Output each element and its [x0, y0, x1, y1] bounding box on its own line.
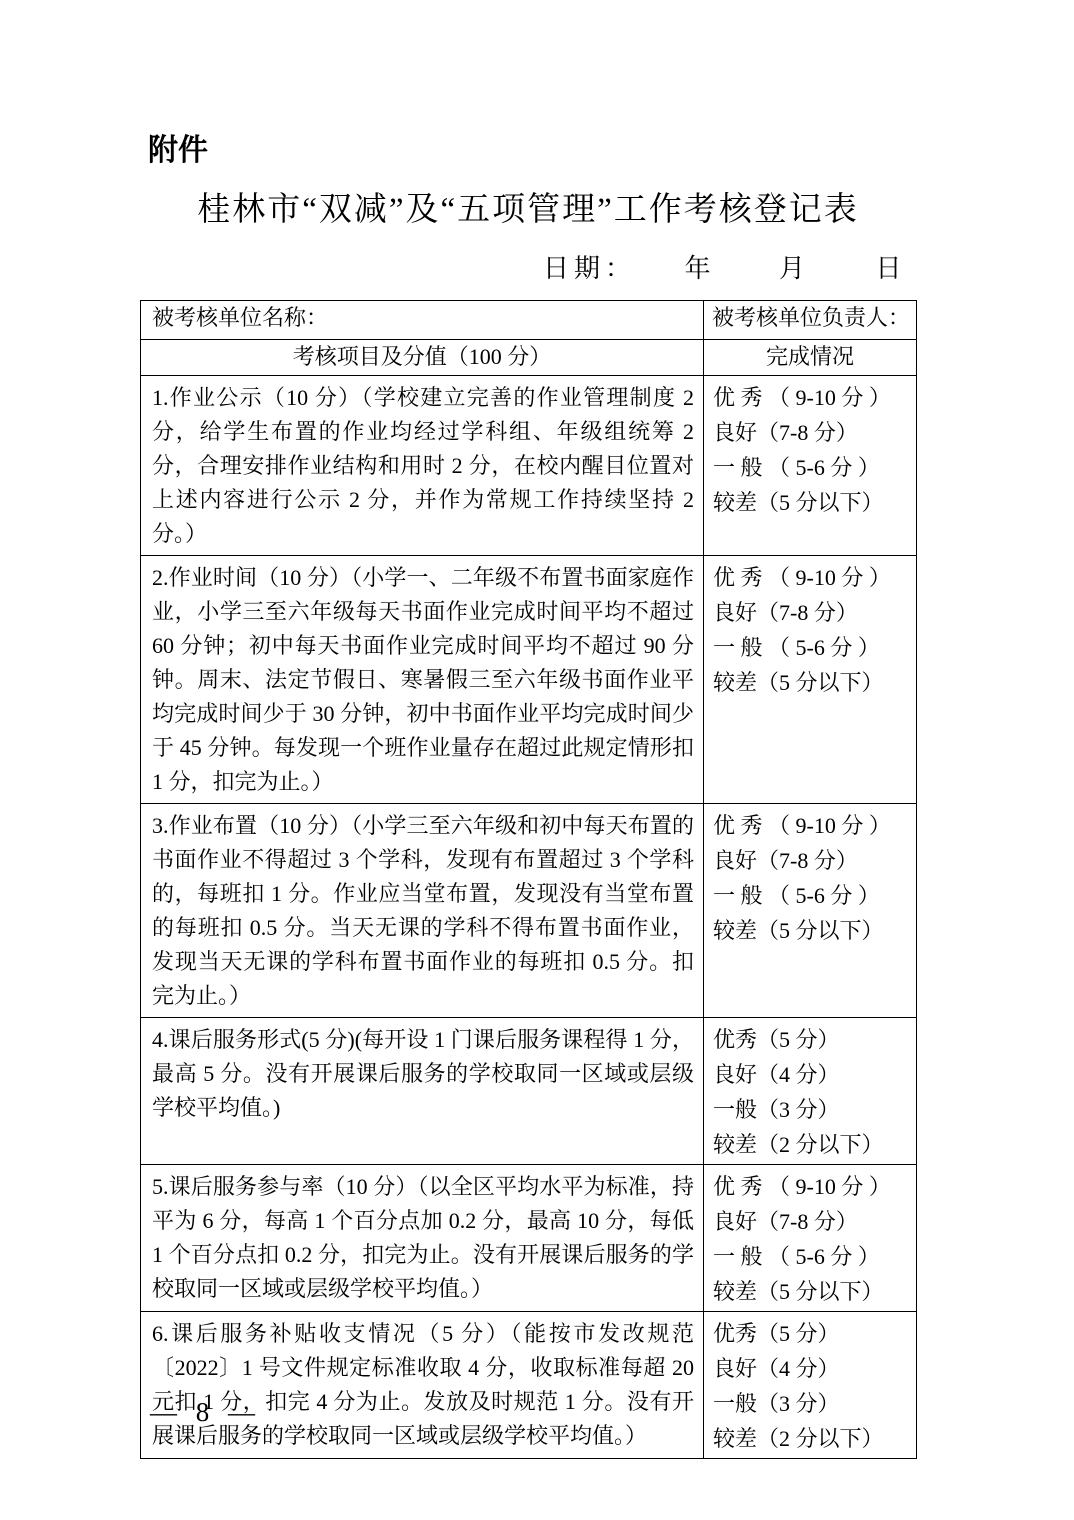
rating-scale: 优 秀 （ 9-10 分 ） 良好（7-8 分） 一 般 （ 5-6 分 ） 较… — [704, 376, 917, 556]
table-row-item-3: 3.作业布置（10 分）（小学三至六年级和初中每天布置的书面作业不得超过 3 个… — [141, 804, 917, 1018]
date-month-label: 月 — [779, 254, 805, 283]
date-day-label: 日 — [876, 254, 902, 283]
rating-option: 一般（3 分） — [713, 1092, 912, 1127]
unit-name-label: 被考核单位名称： — [141, 301, 704, 340]
rating-option: 优秀（5 分） — [713, 1316, 912, 1351]
rating-option: 优 秀 （ 9-10 分 ） — [713, 808, 912, 843]
rating-option: 较差（2 分以下） — [713, 1421, 912, 1456]
item-1-text: 1.作业公示（10 分）（学校建立完善的作业管理制度 2 分，给学生布置的作业均… — [152, 381, 694, 551]
rating-option: 良好（4 分） — [713, 1351, 912, 1386]
rating-option: 优 秀 （ 9-10 分 ） — [713, 560, 912, 595]
item-6-text: 6.课后服务补贴收支情况（5 分）（能按市发改规范〔2022〕1 号文件规定标准… — [152, 1317, 694, 1453]
item-5-text: 5.课后服务参与率（10 分）（以全区平均水平为标准，持平为 6 分，每高 1 … — [152, 1170, 694, 1306]
rating-option: 较差（2 分以下） — [713, 1127, 912, 1162]
rating-option: 一 般 （ 5-6 分 ） — [713, 878, 912, 913]
items-column-header: 考核项目及分值（100 分） — [141, 340, 704, 376]
page-number: — 8 — — [150, 1394, 261, 1430]
assessment-item-text: 4.课后服务形式(5 分)(每开设 1 门课后服务课程得 1 分，最高 5 分。… — [141, 1018, 704, 1165]
rating-option: 良好（4 分） — [713, 1057, 912, 1092]
item-3-text: 3.作业布置（10 分）（小学三至六年级和初中每天布置的书面作业不得超过 3 个… — [152, 809, 694, 1013]
rating-option: 良好（7-8 分） — [713, 595, 912, 630]
rating-scale: 优 秀 （ 9-10 分 ） 良好（7-8 分） 一 般 （ 5-6 分 ） 较… — [704, 1165, 917, 1312]
assessment-table: 被考核单位名称： 被考核单位负责人： 考核项目及分值（100 分） 完成情况 1… — [140, 300, 917, 1459]
rating-option: 优 秀 （ 9-10 分 ） — [713, 1169, 912, 1204]
table-row-column-header: 考核项目及分值（100 分） 完成情况 — [141, 340, 917, 376]
rating-option: 良好（7-8 分） — [713, 1204, 912, 1239]
table-row-item-1: 1.作业公示（10 分）（学校建立完善的作业管理制度 2 分，给学生布置的作业均… — [141, 376, 917, 556]
rating-option: 一般（3 分） — [713, 1386, 912, 1421]
rating-option: 较差（5 分以下） — [713, 665, 912, 700]
table-row-item-6: 6.课后服务补贴收支情况（5 分）（能按市发改规范〔2022〕1 号文件规定标准… — [141, 1312, 917, 1459]
rating-option: 优秀（5 分） — [713, 1022, 912, 1057]
date-label: 日期： — [543, 254, 636, 283]
rating-scale: 优 秀 （ 9-10 分 ） 良好（7-8 分） 一 般 （ 5-6 分 ） 较… — [704, 556, 917, 804]
attachment-label: 附件 — [148, 133, 208, 169]
item-2-text: 2.作业时间（10 分）（小学一、二年级不布置书面家庭作业，小学三至六年级每天书… — [152, 561, 694, 799]
table-row-item-4: 4.课后服务形式(5 分)(每开设 1 门课后服务课程得 1 分，最高 5 分。… — [141, 1018, 917, 1165]
rating-option: 较差（5 分以下） — [713, 485, 912, 520]
rating-scale: 优秀（5 分） 良好（4 分） 一般（3 分） 较差（2 分以下） — [704, 1312, 917, 1459]
rating-option: 一 般 （ 5-6 分 ） — [713, 450, 912, 485]
table-row-item-5: 5.课后服务参与率（10 分）（以全区平均水平为标准，持平为 6 分，每高 1 … — [141, 1165, 917, 1312]
assessment-item-text: 6.课后服务补贴收支情况（5 分）（能按市发改规范〔2022〕1 号文件规定标准… — [141, 1312, 704, 1459]
document-page: 附件 桂林市“双减”及“五项管理”工作考核登记表 日期： 年 月 日 被考核单位… — [0, 0, 1074, 1520]
date-line: 日期： 年 月 日 — [543, 252, 902, 286]
assessment-item-text: 1.作业公示（10 分）（学校建立完善的作业管理制度 2 分，给学生布置的作业均… — [141, 376, 704, 556]
rating-option: 良好（7-8 分） — [713, 843, 912, 878]
rating-option: 良好（7-8 分） — [713, 415, 912, 450]
assessment-item-text: 5.课后服务参与率（10 分）（以全区平均水平为标准，持平为 6 分，每高 1 … — [141, 1165, 704, 1312]
item-4-text: 4.课后服务形式(5 分)(每开设 1 门课后服务课程得 1 分，最高 5 分。… — [152, 1023, 694, 1125]
rating-option: 较差（5 分以下） — [713, 913, 912, 948]
assessment-item-text: 2.作业时间（10 分）（小学一、二年级不布置书面家庭作业，小学三至六年级每天书… — [141, 556, 704, 804]
rating-option: 一 般 （ 5-6 分 ） — [713, 630, 912, 665]
rating-option: 优 秀 （ 9-10 分 ） — [713, 380, 912, 415]
rating-scale: 优秀（5 分） 良好（4 分） 一般（3 分） 较差（2 分以下） — [704, 1018, 917, 1165]
document-title: 桂林市“双减”及“五项管理”工作考核登记表 — [140, 188, 916, 232]
assessment-item-text: 3.作业布置（10 分）（小学三至六年级和初中每天布置的书面作业不得超过 3 个… — [141, 804, 704, 1018]
date-year-label: 年 — [685, 254, 711, 283]
unit-head-label: 被考核单位负责人： — [704, 301, 917, 340]
rating-option: 一 般 （ 5-6 分 ） — [713, 1239, 912, 1274]
table-row-item-2: 2.作业时间（10 分）（小学一、二年级不布置书面家庭作业，小学三至六年级每天书… — [141, 556, 917, 804]
rating-option: 较差（5 分以下） — [713, 1274, 912, 1309]
completion-column-header: 完成情况 — [704, 340, 917, 376]
rating-scale: 优 秀 （ 9-10 分 ） 良好（7-8 分） 一 般 （ 5-6 分 ） 较… — [704, 804, 917, 1018]
table-row-unit-header: 被考核单位名称： 被考核单位负责人： — [141, 301, 917, 340]
